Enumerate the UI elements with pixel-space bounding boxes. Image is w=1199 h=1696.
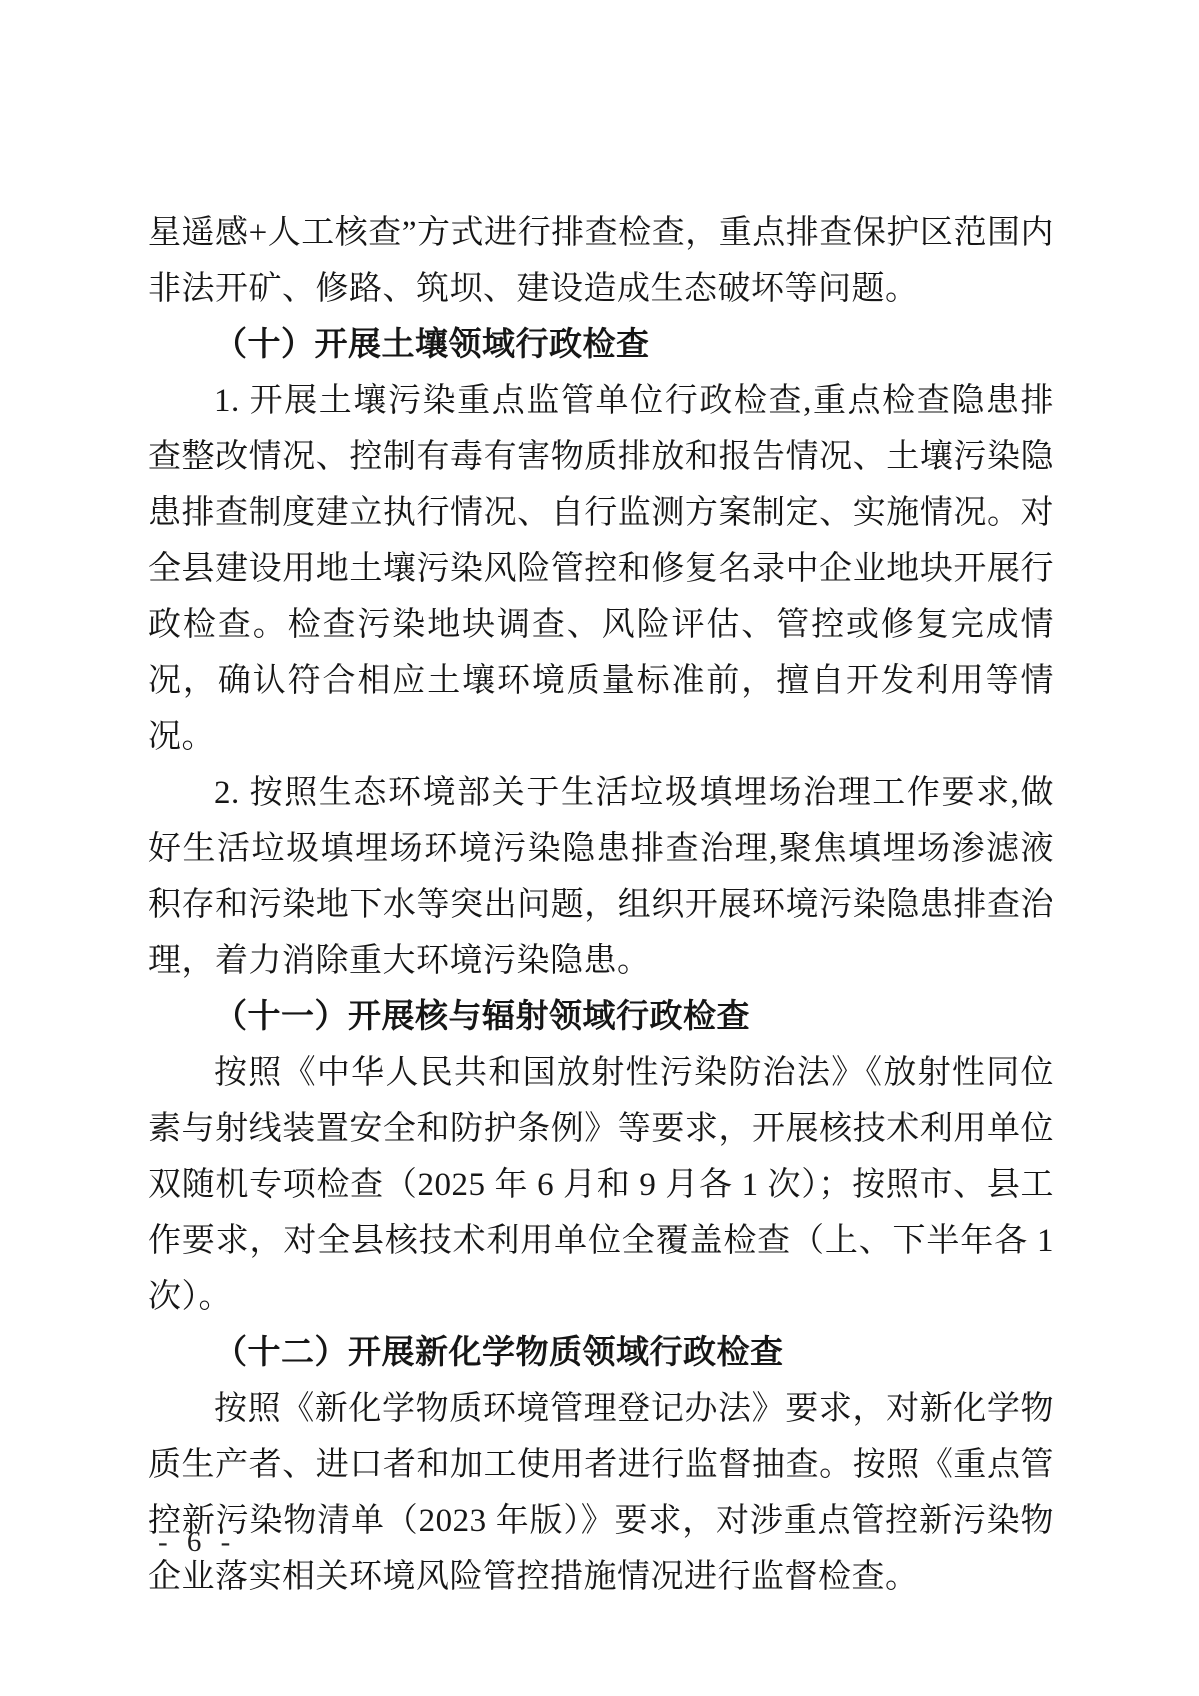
- paragraph-new-chemical-substances: 按照《新化学物质环境管理登记办法》要求，对新化学物质生产者、进口者和加工使用者进…: [148, 1381, 1054, 1605]
- paragraph-soil-item-1: 1. 开展土壤污染重点监管单位行政检查,重点检查隐患排查整改情况、控制有毒有害物…: [148, 373, 1054, 765]
- document-page: 星遥感+人工核查”方式进行排查检查，重点排查保护区范围内非法开矿、修路、筑坝、建…: [0, 0, 1199, 1696]
- page-number: - 6 -: [158, 1522, 236, 1562]
- paragraph-nuclear-radiation: 按照《中华人民共和国放射性污染防治法》《放射性同位素与射线装置安全和防护条例》等…: [148, 1045, 1054, 1325]
- section-heading-12: （十二）开展新化学物质领域行政检查: [148, 1325, 1054, 1381]
- section-heading-10: （十）开展土壤领域行政检查: [148, 317, 1054, 373]
- paragraph-soil-item-2: 2. 按照生态环境部关于生活垃圾填埋场治理工作要求,做好生活垃圾填埋场环境污染隐…: [148, 765, 1054, 989]
- section-heading-11: （十一）开展核与辐射领域行政检查: [148, 989, 1054, 1045]
- paragraph-continuation: 星遥感+人工核查”方式进行排查检查，重点排查保护区范围内非法开矿、修路、筑坝、建…: [148, 205, 1054, 317]
- document-body: 星遥感+人工核查”方式进行排查检查，重点排查保护区范围内非法开矿、修路、筑坝、建…: [148, 205, 1054, 1605]
